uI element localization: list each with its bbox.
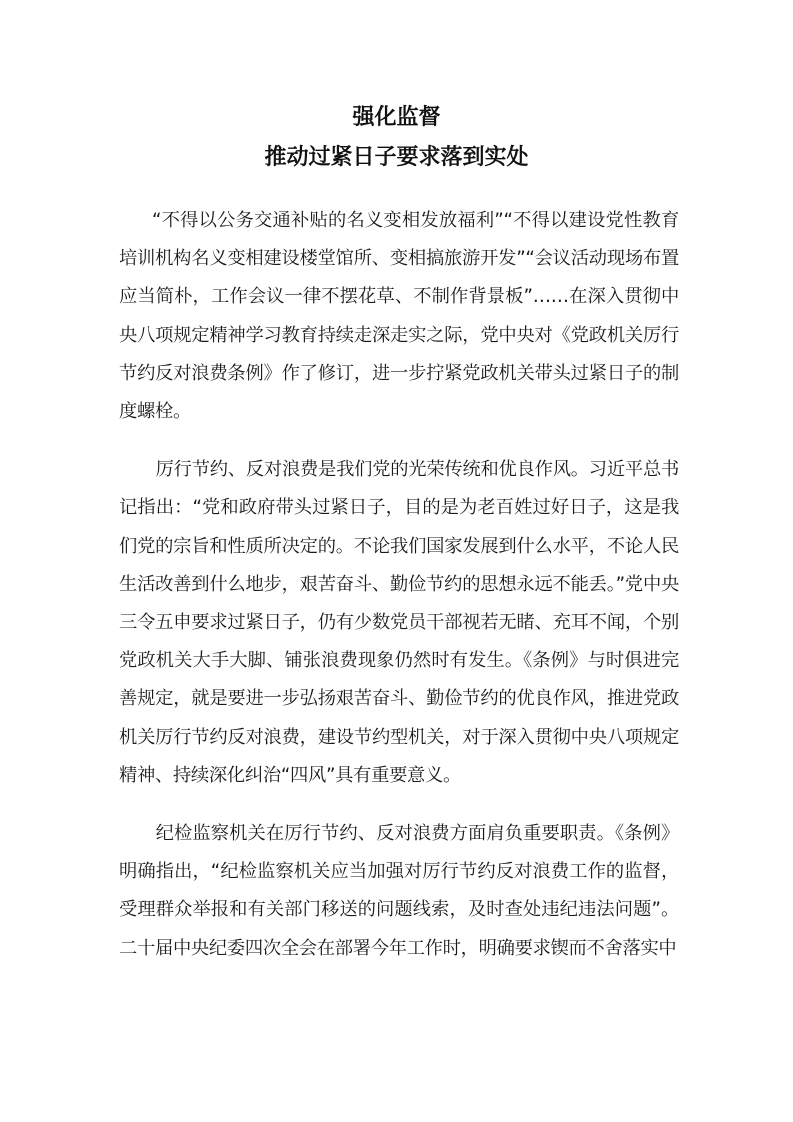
paragraph-1: “不得以公务交通补贴的名义变相发放福利”“不得以建设党性教育培训机构名义变相建设… <box>119 202 679 431</box>
article-title: 强化监督 推动过紧日子要求落到实处 <box>0 98 793 178</box>
document-page: 强化监督 推动过紧日子要求落到实处 “不得以公务交通补贴的名义变相发放福利”“不… <box>0 0 793 1122</box>
article-body: “不得以公务交通补贴的名义变相发放福利”“不得以建设党性教育培训机构名义变相建设… <box>119 202 679 988</box>
paragraph-3: 纪检监察机关在厉行节约、反对浪费方面肩负重要职责。《条例》明确指出，“纪检监察机… <box>119 815 679 968</box>
title-line-2: 推动过紧日子要求落到实处 <box>0 138 793 178</box>
title-line-1: 强化监督 <box>0 98 793 138</box>
paragraph-2: 厉行节约、反对浪费是我们党的光荣传统和优良作风。习近平总书记指出：“党和政府带头… <box>119 451 679 795</box>
